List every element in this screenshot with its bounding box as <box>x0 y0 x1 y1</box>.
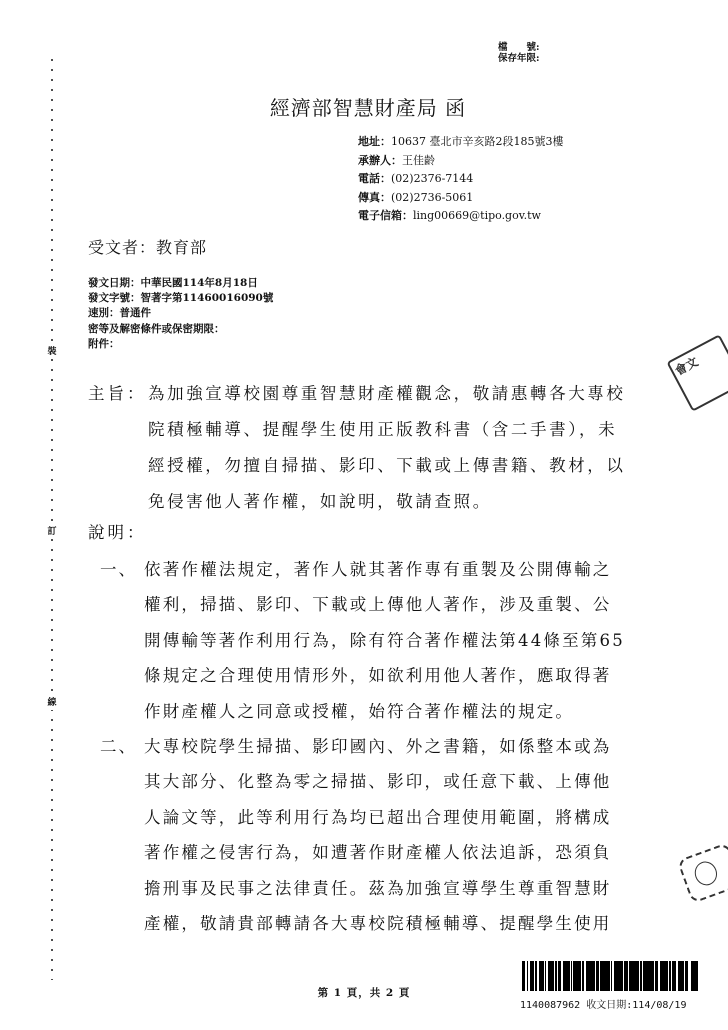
subject-line: 免侵害他人著作權，如說明，敬請查照。 <box>148 488 648 524</box>
item-line: 依著作權法規定，著作人就其著作專有重製及公開傳輸之 <box>144 556 664 591</box>
fax-value: (02)2736-5061 <box>391 191 473 204</box>
item-line: 人論文等，此等利用行為均已超出合理使用範圍，將構成 <box>144 804 664 839</box>
retention-label: 保存年限: <box>498 53 540 64</box>
item-line: 條規定之合理使用情形外，如欲利用他人著作，應取得著 <box>144 662 664 697</box>
speed-row: 速別：普通件 <box>88 306 273 321</box>
item-number: 一、 <box>100 556 137 580</box>
secrecy-row: 密等及解密條件或保密期限： <box>88 322 273 337</box>
item-line: 開傳輸等著作利用行為，除有符合著作權法第44條至第65 <box>144 627 664 662</box>
secrecy-label: 密等及解密條件或保密期限： <box>88 323 225 335</box>
item-line: 權利，掃描、影印、下載或上傳他人著作，涉及重製、公 <box>144 591 664 626</box>
address-value: 10637 臺北市辛亥路2段185號3樓 <box>391 135 563 148</box>
subject-line: 為加強宣導校園尊重智慧財產權觀念，敬請惠轉各大專校 <box>148 380 648 416</box>
explanation-label: 說明： <box>88 519 147 543</box>
received-date-label: 收文日期: <box>586 1000 632 1011</box>
email-label: 電子信箱： <box>358 209 413 222</box>
received-date-value: 114/08/19 <box>632 1000 686 1011</box>
email-row: 電子信箱：ling00669@tipo.gov.tw <box>358 207 563 226</box>
handler-value: 王佳齡 <box>402 154 435 167</box>
handler-label: 承辦人： <box>358 154 402 167</box>
item-body: 大專校院學生掃描、影印國內、外之書籍，如係整本或為 其大部分、化整為零之掃描、影… <box>144 733 664 945</box>
binding-mark-bind: 裝 <box>45 345 59 359</box>
doc-number-value: 智著字第11460016090號 <box>141 292 274 304</box>
recipient-label: 受文者： <box>88 238 156 257</box>
contact-block: 地址：10637 臺北市辛亥路2段185號3樓 承辦人：王佳齡 電話：(02)2… <box>358 133 563 226</box>
item-line: 作財產權人之同意或授權，始符合著作權法的規定。 <box>144 698 664 733</box>
doc-number-row: 發文字號：智著字第11460016090號 <box>88 291 273 306</box>
issue-date-row: 發文日期：中華民國114年8月18日 <box>88 276 273 291</box>
item-number: 二、 <box>100 733 137 757</box>
item-line: 其大部分、化整為零之掃描、影印，或任意下載、上傳他 <box>144 768 664 803</box>
stamp-text: 會文 <box>673 355 701 379</box>
barcode <box>522 961 702 991</box>
item-body: 依著作權法規定，著作人就其著作專有重製及公開傳輸之 權利，掃描、影印、下載或上傳… <box>144 556 664 733</box>
speed-value: 普通件 <box>120 307 152 319</box>
doc-number-label: 發文字號： <box>88 292 141 304</box>
attachment-label: 附件： <box>88 338 120 350</box>
binding-line <box>51 55 53 980</box>
issue-date-value: 中華民國114年8月18日 <box>141 277 258 289</box>
barcode-number: 1140087962 <box>520 1000 580 1011</box>
speed-label: 速別： <box>88 307 120 319</box>
document-meta: 發文日期：中華民國114年8月18日 發文字號：智著字第11460016090號… <box>88 276 273 352</box>
issue-date-label: 發文日期： <box>88 277 141 289</box>
binding-mark-line: 線 <box>45 696 59 710</box>
item-line: 大專校院學生掃描、影印國內、外之書籍，如係整本或為 <box>144 733 664 768</box>
item-line: 產權，敬請貴部轉請各大專校院積極輔導、提醒學生使用 <box>144 910 664 945</box>
subject-body: 為加強宣導校園尊重智慧財產權觀念，敬請惠轉各大專校 院積極輔導、提醒學生使用正版… <box>148 380 648 524</box>
barcode-caption: 1140087962 收文日期:114/08/19 <box>520 996 686 1011</box>
recipient: 受文者：教育部 <box>88 235 207 258</box>
perforation-seal-stamp <box>677 842 728 904</box>
phone-row: 電話：(02)2376-7144 <box>358 170 563 189</box>
recipient-value: 教育部 <box>156 238 207 257</box>
handler-row: 承辦人：王佳齡 <box>358 152 563 171</box>
email-value: ling00669@tipo.gov.tw <box>413 209 541 222</box>
subject-label: 主旨： <box>88 380 147 404</box>
phone-value: (02)2376-7144 <box>391 172 473 185</box>
item-line: 著作權之侵害行為，如遭著作財產權人依法追訴，恐須負 <box>144 839 664 874</box>
document-title: 經濟部智慧財產局 函 <box>0 92 728 121</box>
address-row: 地址：10637 臺北市辛亥路2段185號3樓 <box>358 133 563 152</box>
fax-row: 傳真：(02)2736-5061 <box>358 189 563 208</box>
attachment-row: 附件： <box>88 337 273 352</box>
received-seal-stamp: 會文 <box>666 334 728 412</box>
binding-mark-staple: 訂 <box>45 525 59 539</box>
phone-label: 電話： <box>358 172 391 185</box>
subject-line: 經授權，勿擅自掃描、影印、下載或上傳書籍、教材，以 <box>148 452 648 488</box>
file-number-label: 檔 號: <box>498 42 540 53</box>
address-label: 地址： <box>358 135 391 148</box>
subject-line: 院積極輔導、提醒學生使用正版教科書（含二手書），未 <box>148 416 648 452</box>
file-meta: 檔 號: 保存年限: <box>498 42 540 64</box>
item-line: 擔刑事及民事之法律責任。茲為加強宣導學生尊重智慧財 <box>144 875 664 910</box>
fax-label: 傳真： <box>358 191 391 204</box>
